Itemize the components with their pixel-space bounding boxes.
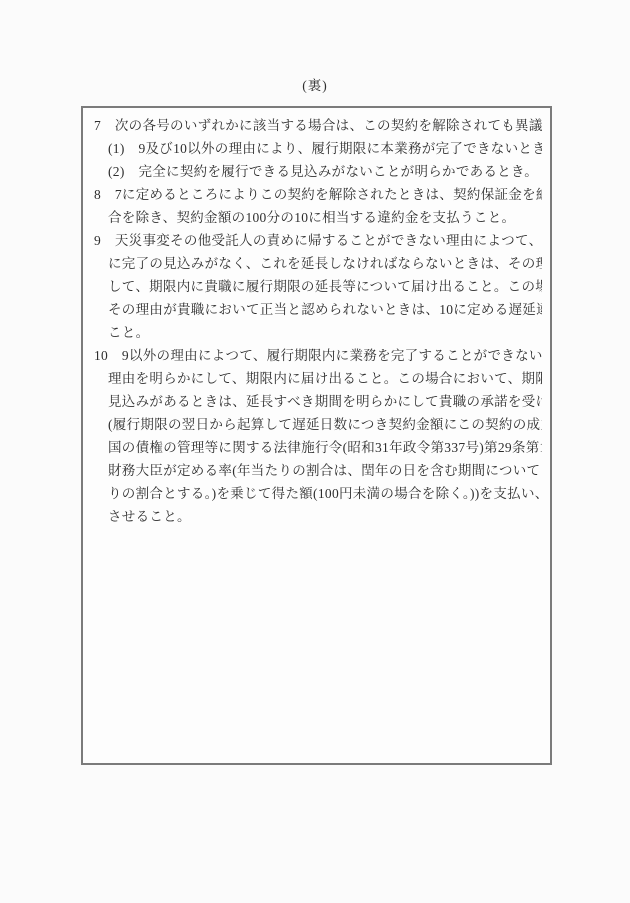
document-line: こと。 bbox=[108, 321, 542, 344]
document-line: 理由を明らかにして、期限内に届け出ること。この場合において、期限後に完了する bbox=[108, 367, 542, 390]
document-line: 7 次の各号のいずれかに該当する場合は、この契約を解除されても異議がないこと。 bbox=[94, 114, 542, 137]
document-line: (履行期限の翌日から起算して遅延日数につき契約金額にこの契約の成立時における bbox=[108, 413, 542, 436]
document-line: して、期限内に貴職に履行期限の延長等について届け出ること。この場合において、 bbox=[108, 275, 542, 298]
document-line: させること。 bbox=[108, 505, 542, 528]
ruby-annotated-char: 閏じゅん bbox=[361, 459, 375, 482]
document-line: 財務大臣が定める率(年当たりの割合は、閏じゅん年の日を含む期間についても、365… bbox=[108, 459, 542, 482]
document-line: 見込みがあるときは、延長すべき期間を明らかにして貴職の承諾を受け、遅延違約金 bbox=[108, 390, 542, 413]
document-line: 合を除き、契約金額の100分の10に相当する違約金を支払うこと。 bbox=[108, 206, 542, 229]
document-lines: 7 次の各号のいずれかに該当する場合は、この契約を解除されても異議がないこと。(… bbox=[83, 108, 550, 528]
document-line: (1) 9及び10以外の理由により、履行期限に本業務が完了できないとき。 bbox=[108, 137, 542, 160]
document-line: (2) 完全に契約を履行できる見込みがないことが明らかであるとき。 bbox=[108, 160, 542, 183]
contract-terms-box: 7 次の各号のいずれかに該当する場合は、この契約を解除されても異議がないこと。(… bbox=[81, 106, 552, 765]
document-line: りの割合とする。)を乗じて得た額(100円未満の場合を除く。))を支払い、業務を… bbox=[108, 482, 542, 505]
page-side-label: (裏) bbox=[0, 78, 630, 94]
document-line: 9 天災事変その他受託人の責めに帰することができない理由によつて、履行期限まで bbox=[94, 229, 542, 252]
document-line: に完了の見込みがなく、これを延長しなければならないときは、その理由を明らかに bbox=[108, 252, 542, 275]
document-line: 国の債権の管理等に関する法律施行令(昭和31年政令第337号)第29条第1項に規… bbox=[108, 436, 542, 459]
document-line: 10 9以外の理由によつて、履行期限内に業務を完了することができないときは、その bbox=[94, 344, 542, 367]
document-page: (裏) 7 次の各号のいずれかに該当する場合は、この契約を解除されても異議がない… bbox=[0, 0, 630, 903]
document-line: 8 7に定めるところによりこの契約を解除されたときは、契約保証金を納付している場 bbox=[94, 183, 542, 206]
document-line: その理由が貴職において正当と認められないときは、10に定める遅延違約金を支払う bbox=[108, 298, 542, 321]
